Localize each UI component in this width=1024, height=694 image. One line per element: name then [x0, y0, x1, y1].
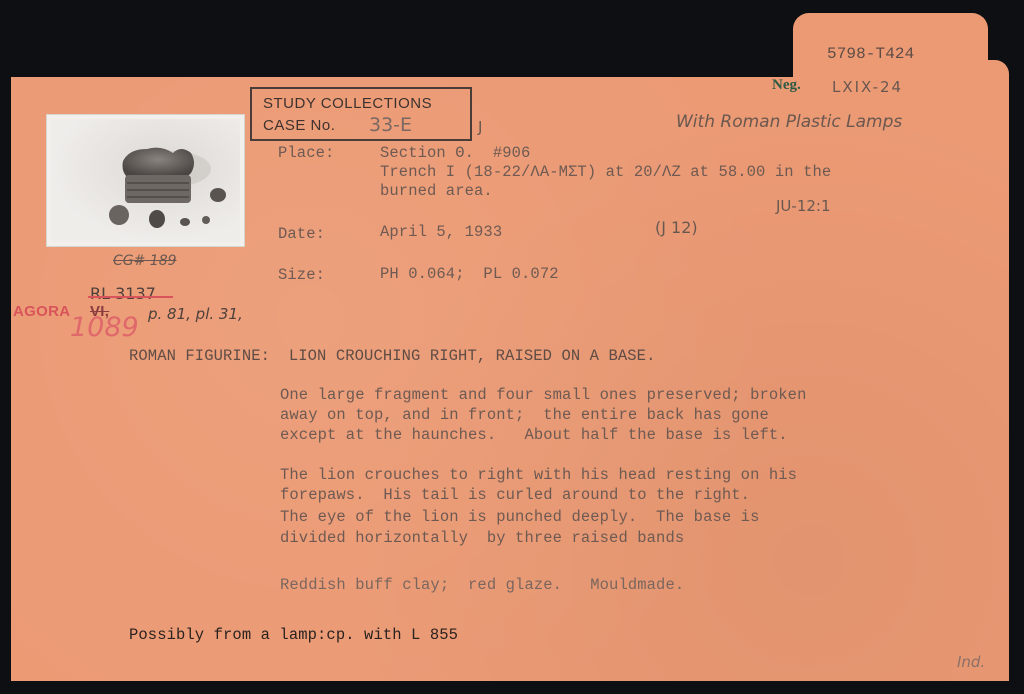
date-value: April 5, 1933 [380, 222, 502, 243]
cg-number: CG# 189 [113, 253, 177, 269]
rl-number: RL 3137 [90, 284, 156, 303]
date-note: (J 12) [655, 218, 698, 237]
neg-label: Neg. [772, 77, 801, 94]
place-line-3: burned area. [380, 181, 493, 202]
fabric-description: Reddish buff clay; red glaze. Mouldmade. [280, 575, 684, 596]
place-line-1: Section Θ. #906 [380, 143, 530, 164]
description-1-line-3: except at the haunches. About half the b… [280, 425, 788, 446]
comparison-note: Possibly from a lamp:cp. with L 855 [129, 625, 458, 646]
check-mark: J [478, 118, 482, 136]
object-title: ROMAN FIGURINE: LION CROUCHING RIGHT, RA… [129, 346, 655, 367]
artifact-photo [46, 114, 245, 247]
rl-strike-line [88, 296, 173, 298]
agora-stamp: AGORA [13, 303, 70, 320]
description-2-line-1: The lion crouches to right with his head… [280, 465, 797, 486]
page-reference: p. 81, pl. 31, [148, 305, 243, 323]
corner-note: Ind. [957, 653, 985, 671]
description-2-line-3: The eye of the lion is punched deeply. T… [280, 507, 759, 528]
date-label: Date: [278, 224, 325, 245]
photo-background [51, 119, 240, 242]
agora-number: 1089 [70, 312, 139, 343]
handwritten-ref: JU-12:1 [776, 197, 831, 215]
handwritten-category: With Roman Plastic Lamps [676, 112, 902, 132]
stamp-case-label: CASE No. [263, 117, 335, 134]
neg-number: LXIX-24 [832, 78, 903, 96]
size-value: PH 0.064; PL 0.072 [380, 264, 559, 285]
stamp-title: STUDY COLLECTIONS [263, 95, 432, 112]
description-1-line-2: away on top, and in front; the entire ba… [280, 405, 769, 426]
lion-figurine-image [51, 119, 240, 242]
catalog-number: 5798-T424 [827, 44, 914, 65]
place-label: Place: [278, 143, 334, 164]
document-viewer: 5798-T424 Neg. LXIX-24 With Roman Plasti… [0, 0, 1024, 694]
case-number: 33-E [369, 114, 412, 136]
description-2-line-4: divided horizontally by three raised ban… [280, 528, 684, 549]
description-1-line-1: One large fragment and four small ones p… [280, 385, 806, 406]
description-2-line-2: forepaws. His tail is curled around to t… [280, 485, 750, 506]
size-label: Size: [278, 265, 325, 286]
place-line-2: Trench I (18-22/ΛΑ-ΜΣΤ) at 20/ΛΖ at 58.0… [380, 162, 831, 183]
